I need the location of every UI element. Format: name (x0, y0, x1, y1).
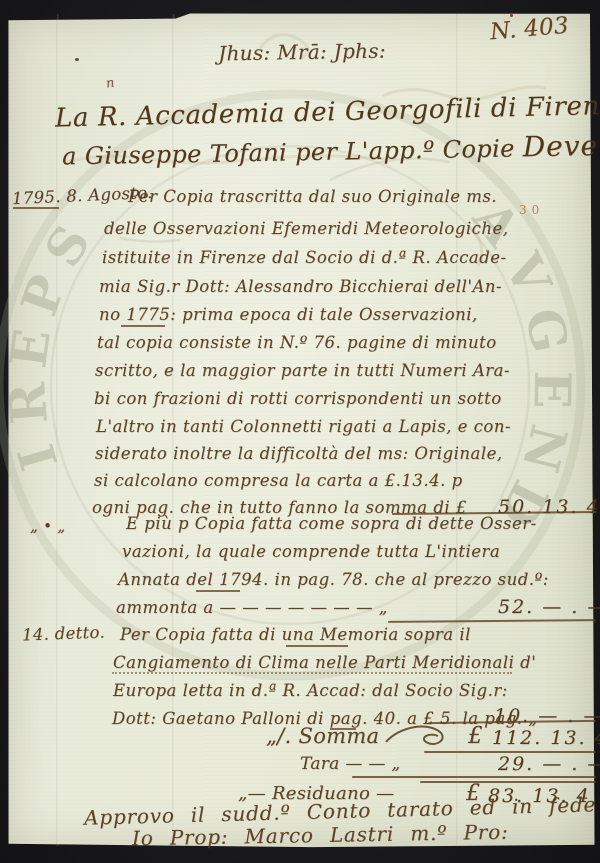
entry1-line: delle Osservazioni Efemeridi Meteorologi… (104, 219, 509, 238)
tara-rule-2 (420, 781, 596, 783)
entry1-line: istituite in Firenze dal Socio di d.ª R.… (102, 248, 507, 267)
entry3-date: 14. detto. (22, 623, 106, 645)
somma-value: 112. 13. 4 (492, 727, 600, 749)
dotted-underline (112, 672, 512, 674)
entry2-amount: 52. — . — (498, 596, 600, 618)
entry1-line: no 1775: prima epoca di tale Osservazion… (99, 305, 478, 324)
entry3-line: Europa letta in d.ª R. Accad: dal Socio … (113, 681, 508, 700)
entry2-line: E più p Copia fatta come sopra di dette … (126, 514, 537, 533)
entry2-line: Annata del 1794. in pag. 78. che al prez… (118, 570, 549, 589)
entry2-ditto-mark: „ • „ (30, 517, 65, 535)
entry1-line: tal copia consiste in N.º 76. pagine di … (97, 333, 497, 352)
debit-phrase: Deve Dare (514, 128, 600, 164)
entry2-line: vazioni, la quale comprende tutta L'inti… (122, 542, 500, 561)
entry3-line: Cangiamento di Clima nelle Parti Meridio… (113, 653, 536, 672)
entry1-line: bi con frazioni di rotti corrispondenti … (94, 389, 502, 408)
entry1-line: mia Sig.r Dott: Alessandro Bicchierai de… (99, 277, 502, 296)
tara-value: 29. — . — (498, 753, 600, 775)
entry1-line: si calcolano compresa la carta a £.13.4.… (94, 471, 463, 490)
tara-label: Tara — — „ (300, 754, 400, 774)
underline-1795 (13, 207, 59, 209)
entry1-line: L'altro in tanti Colonnetti rigati a Lap… (96, 417, 511, 436)
underline-memoria (286, 645, 348, 647)
entry2-line: ammonta a — — — — — — — „ (116, 598, 388, 617)
insertion-mark: n (105, 75, 116, 91)
document-photo: S P E R I A V G E N D N. 403 (0, 0, 600, 863)
underline-1775 (121, 325, 165, 327)
entry1-line: Per Copia trascritta dal suo Originale m… (128, 187, 497, 206)
religious-invocation: Jhus: Mrā: Jphs: (182, 38, 422, 66)
pencil-folio-number: 30 (519, 203, 544, 217)
somma-currency: £ (468, 723, 483, 749)
entry3-line: Per Copia fatta di una Memoria sopra il (120, 625, 471, 644)
underline-1794 (196, 590, 240, 592)
entry1-line: scritto, e la maggior parte in tutti Num… (95, 361, 510, 380)
entry1-line: siderato inoltre la difficoltà del ms: O… (95, 444, 503, 463)
ink-speck (75, 58, 79, 61)
tara-rule-1 (352, 776, 596, 778)
entry3-amount: 10. — . — (494, 705, 600, 727)
somma-label: „/. Somma (266, 724, 379, 748)
